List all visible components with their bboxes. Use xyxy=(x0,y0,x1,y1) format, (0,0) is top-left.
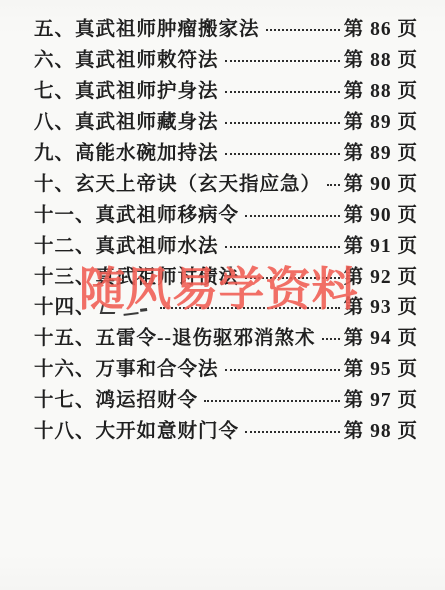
dot-leader xyxy=(322,338,340,340)
toc-row: 十五、五雷令--退伤驱邪消煞术 第 94 页 xyxy=(34,321,418,352)
toc-entry-page: 第 98 页 xyxy=(344,415,418,443)
dot-leader xyxy=(266,29,340,31)
toc-entry-page: 第 93 页 xyxy=(344,291,418,319)
scanned-toc-page: 五、真武祖师肿瘤搬家法 第 86 页 六、真武祖师敕符法 第 88 页 七、真武… xyxy=(0,0,445,590)
toc-entry-label: 五、真武祖师肿瘤搬家法 xyxy=(34,13,260,41)
dot-leader xyxy=(225,91,340,93)
toc-row-obscured: 十四、 第 93 页 xyxy=(34,290,418,321)
toc-row: 八、真武祖师藏身法 第 89 页 xyxy=(34,105,418,136)
toc-entry-page: 第 97 页 xyxy=(344,384,418,412)
toc-entry-page: 第 89 页 xyxy=(344,137,418,165)
toc-entry-label: 八、真武祖师藏身法 xyxy=(34,106,219,134)
toc-row: 七、真武祖师护身法 第 88 页 xyxy=(34,74,418,105)
toc-entry-label: 十五、五雷令--退伤驱邪消煞术 xyxy=(34,322,316,350)
dot-leader xyxy=(160,307,340,309)
obscured-title-fragments xyxy=(96,299,154,317)
toc-entry-page: 第 89 页 xyxy=(344,106,418,134)
toc-row: 五、真武祖师肿瘤搬家法 第 86 页 xyxy=(34,12,418,43)
toc-entry-page: 第 94 页 xyxy=(344,322,418,350)
toc-row: 十二、真武祖师水法 第 91 页 xyxy=(34,228,418,259)
dot-leader xyxy=(225,153,340,155)
toc-row: 十六、万事和合令法 第 95 页 xyxy=(34,352,418,383)
toc-entry-label: 十七、鸿运招财令 xyxy=(34,384,198,412)
toc-entry-label: 六、真武祖师敕符法 xyxy=(34,44,219,72)
toc-entry-label: 九、高能水碗加持法 xyxy=(34,137,219,165)
toc-row: 十七、鸿运招财令 第 97 页 xyxy=(34,383,418,414)
toc-entry-page: 第 95 页 xyxy=(344,353,418,381)
dot-leader xyxy=(225,122,340,124)
toc-entry-label: 十三、真武祖师讨债法 xyxy=(34,261,239,289)
toc-entry-page: 第 88 页 xyxy=(344,75,418,103)
dot-leader xyxy=(225,246,340,248)
toc-entry-page: 第 91 页 xyxy=(344,230,418,258)
toc-entry-label: 十二、真武祖师水法 xyxy=(34,230,219,258)
toc-list: 五、真武祖师肿瘤搬家法 第 86 页 六、真武祖师敕符法 第 88 页 七、真武… xyxy=(34,12,418,444)
toc-entry-label: 七、真武祖师护身法 xyxy=(34,75,219,103)
toc-entry-label: 十、玄天上帝诀（玄天指应急） xyxy=(34,168,321,196)
toc-entry-label: 十八、大开如意财门令 xyxy=(34,415,239,443)
toc-row: 十三、真武祖师讨债法 第 92 页 xyxy=(34,259,418,290)
toc-entry-label: 十六、万事和合令法 xyxy=(34,353,219,381)
toc-row: 六、真武祖师敕符法 第 88 页 xyxy=(34,43,418,74)
toc-entry-page: 第 90 页 xyxy=(344,168,418,196)
toc-row: 十八、大开如意财门令 第 98 页 xyxy=(34,414,418,445)
toc-entry-page: 第 92 页 xyxy=(344,261,418,289)
dot-leader xyxy=(245,215,340,217)
dot-leader xyxy=(204,400,340,402)
toc-entry-page: 第 86 页 xyxy=(344,13,418,41)
toc-entry-label: 十四、 xyxy=(34,291,96,319)
toc-row: 十一、真武祖师移病令 第 90 页 xyxy=(34,197,418,228)
dot-leader xyxy=(225,369,340,371)
toc-entry-page: 第 88 页 xyxy=(344,44,418,72)
dot-leader xyxy=(245,277,340,279)
toc-entry-label: 十一、真武祖师移病令 xyxy=(34,199,239,227)
dot-leader xyxy=(327,184,340,186)
toc-entry-page: 第 90 页 xyxy=(344,199,418,227)
toc-row: 九、高能水碗加持法 第 89 页 xyxy=(34,136,418,167)
dot-leader xyxy=(245,431,340,433)
toc-row: 十、玄天上帝诀（玄天指应急） 第 90 页 xyxy=(34,166,418,197)
dot-leader xyxy=(225,60,340,62)
